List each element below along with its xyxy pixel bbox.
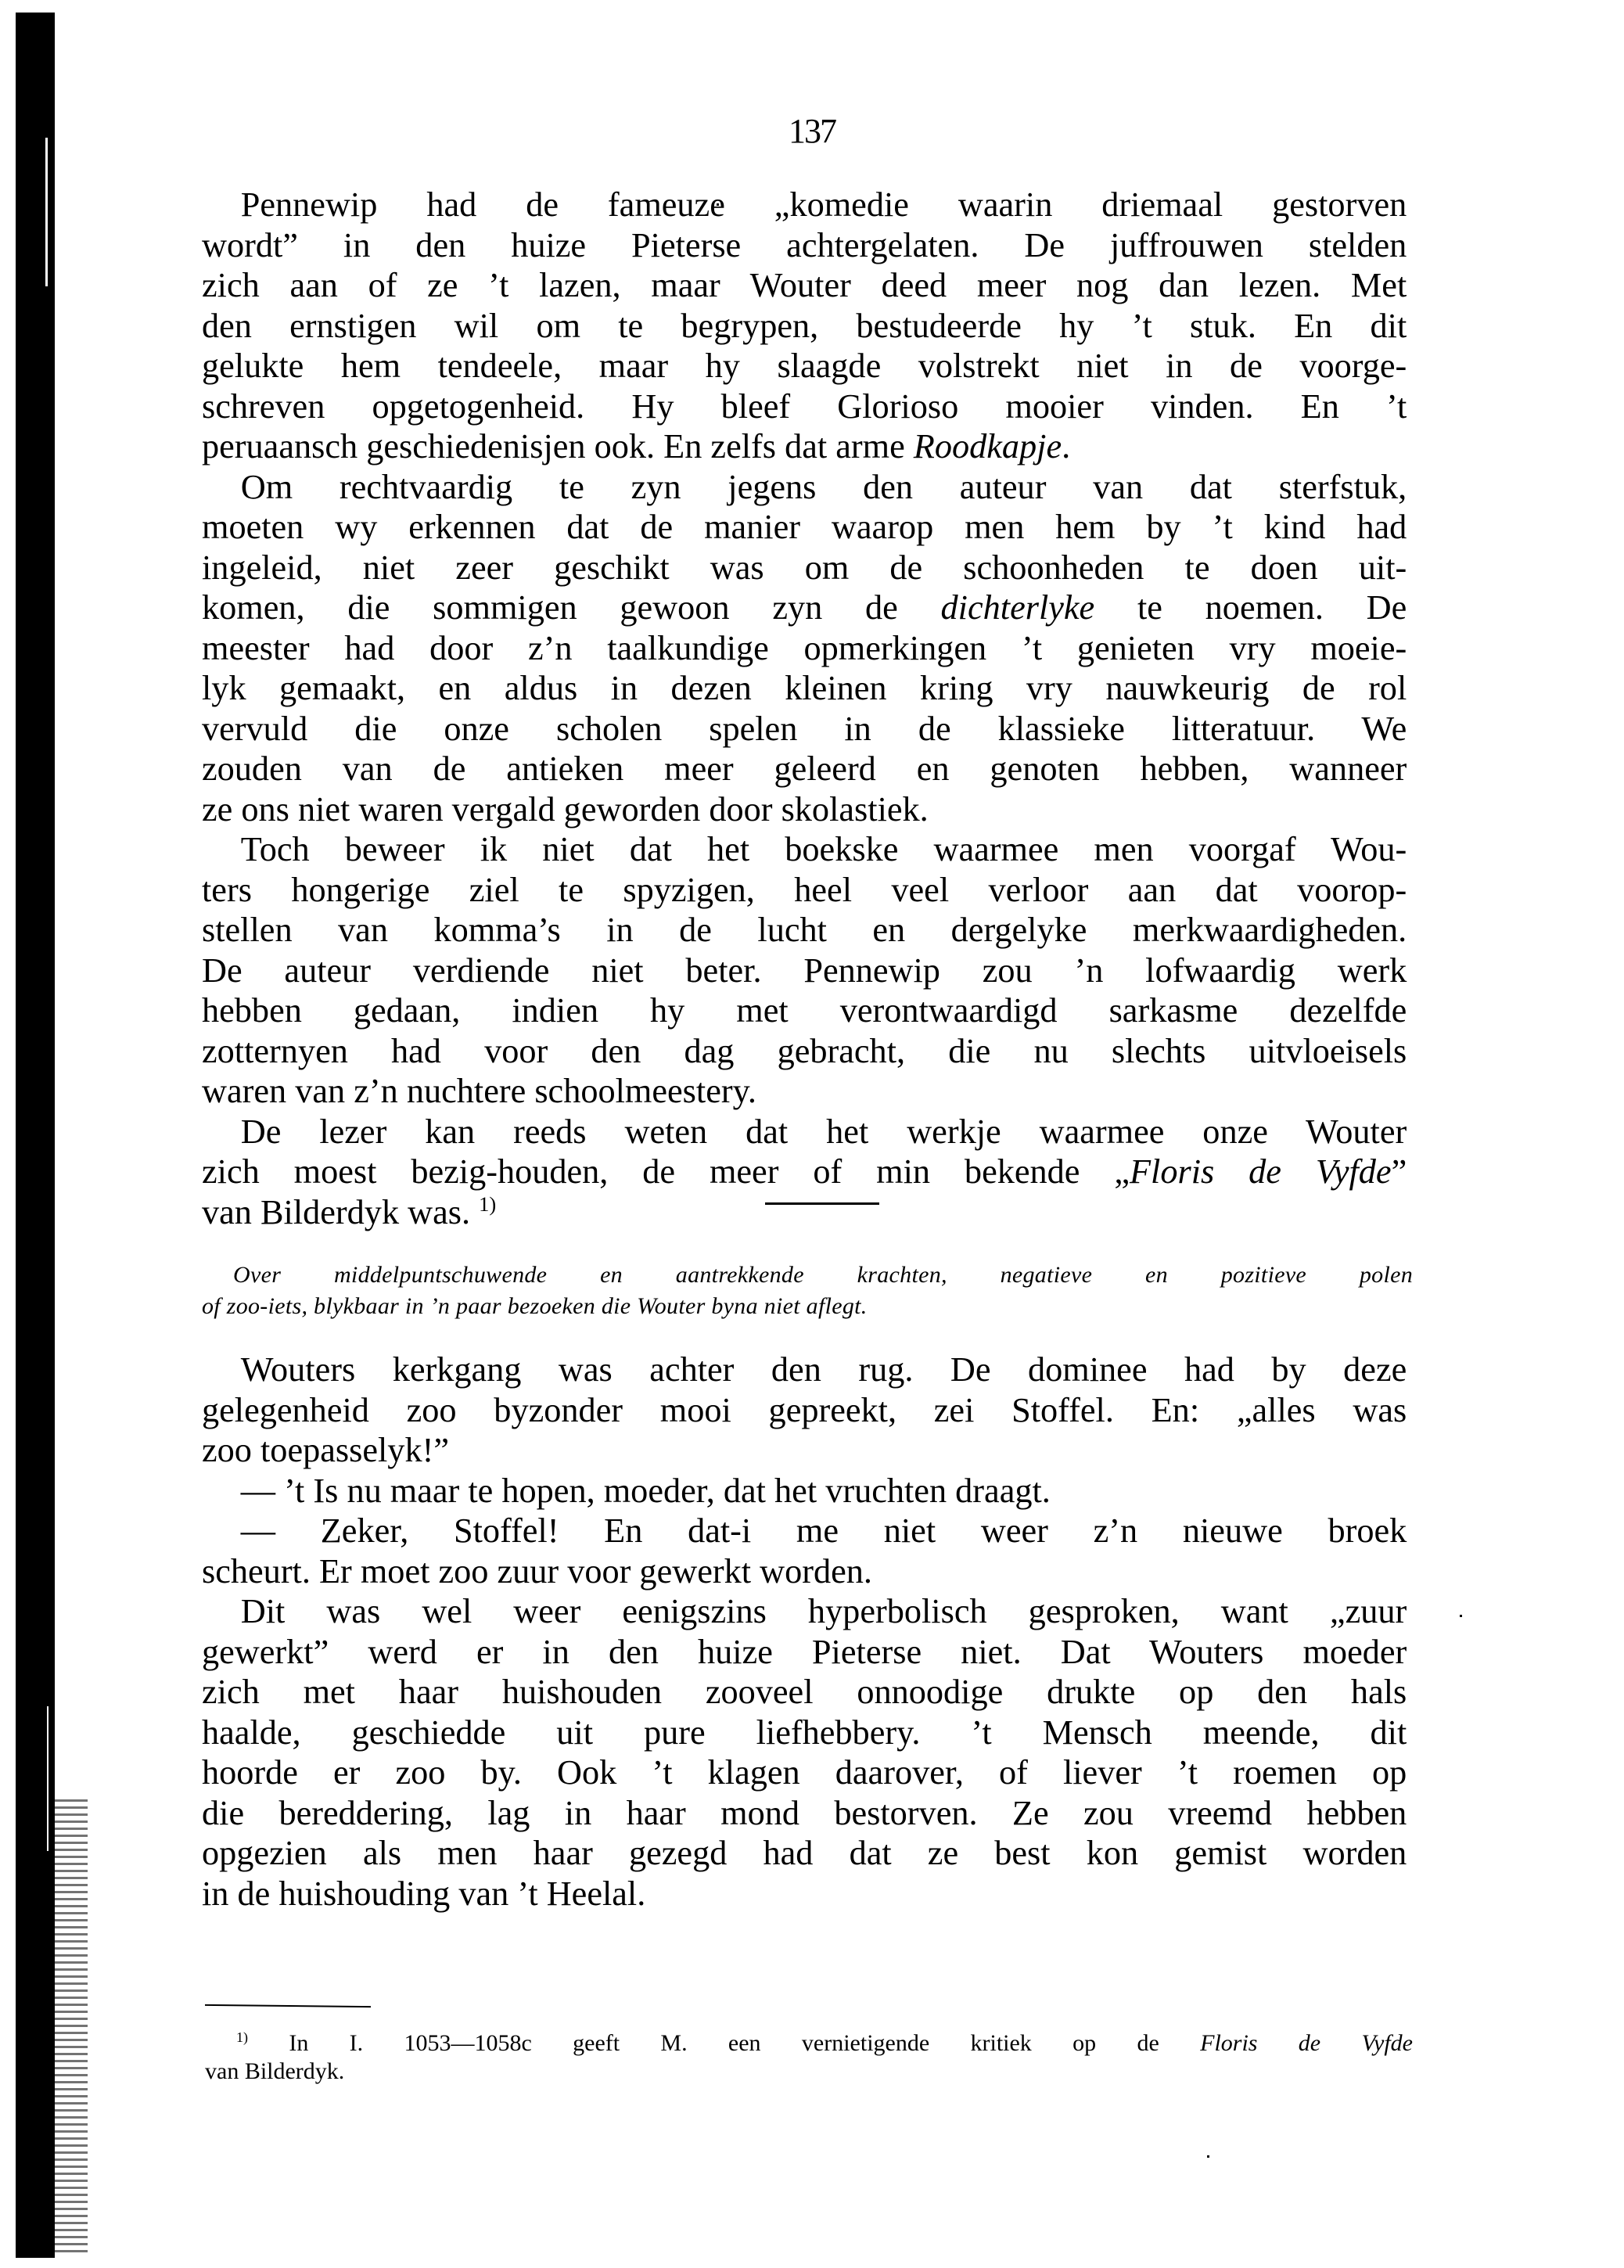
paragraph: De lezer kan reeds weten dat het werkje … bbox=[202, 1112, 1407, 1233]
text-line: hebben gedaan, indien hy met verontwaard… bbox=[202, 990, 1407, 1031]
paragraph: Dit was wel weer eenigszins hyperbolisch… bbox=[202, 1591, 1407, 1914]
footnote-line: van Bilderdyk. bbox=[205, 2058, 1413, 2086]
text-fragment: peruaansch geschiedenisjen ook. En zelfs… bbox=[202, 426, 914, 465]
text-line: zoo toepasselyk!” bbox=[202, 1430, 1407, 1471]
paragraph: Wouters kerkgang was achter den rug. De … bbox=[202, 1350, 1407, 1471]
footnote-separator bbox=[205, 2004, 371, 2007]
text-line: van Bilderdyk was. 1) bbox=[202, 1192, 1407, 1233]
text-fragment: . bbox=[1062, 426, 1070, 465]
italic-word: dichterlyke bbox=[941, 588, 1095, 627]
text-line: in de huishouding van ’t Heelal. bbox=[202, 1874, 1407, 1914]
text-line: wordt” in den huize Pieterse achtergelat… bbox=[202, 225, 1407, 266]
summary-line: Over middelpuntschuwende en aantrekkende… bbox=[202, 1260, 1413, 1291]
text-line: komen, die sommigen gewoon zyn de dichte… bbox=[202, 588, 1407, 628]
text-line: opgezien als men haar gezegd had dat ze … bbox=[202, 1833, 1407, 1874]
binding-shadow bbox=[49, 1799, 88, 2253]
text-line: waren van z’n nuchtere schoolmeestery. bbox=[202, 1071, 1407, 1112]
paragraph: Om rechtvaardig te zyn jegens den auteur… bbox=[202, 467, 1407, 830]
paragraph: Toch beweer ik niet dat het boekske waar… bbox=[202, 829, 1407, 1112]
text-line: scheurt. Er moet zoo zuur voor gewerkt w… bbox=[202, 1551, 1407, 1592]
text-line: ze ons niet waren vergald geworden door … bbox=[202, 789, 1407, 830]
page-number: 137 bbox=[0, 111, 1624, 151]
footnote-marker: 1) bbox=[236, 2029, 248, 2045]
text-line: gewerkt” werd er in den huize Pieterse n… bbox=[202, 1632, 1407, 1673]
text-line: den ernstigen wil om te begrypen, bestud… bbox=[202, 306, 1407, 347]
body-text-top: Pennewip had de fameuze „komedie waarin … bbox=[202, 185, 1407, 1232]
text-line: — Zeker, Stoffel! En dat-i me niet weer … bbox=[202, 1511, 1407, 1551]
text-line: Toch beweer ik niet dat het boekske waar… bbox=[202, 829, 1407, 870]
chapter-summary: Over middelpuntschuwende en aantrekkende… bbox=[202, 1260, 1413, 1322]
text-line: De auteur verdiende niet beter. Pennewip… bbox=[202, 951, 1407, 991]
text-line: die bereddering, lag in haar mond bestor… bbox=[202, 1793, 1407, 1834]
text-line: meester had door z’n taalkundige opmerki… bbox=[202, 628, 1407, 669]
text-line: Dit was wel weer eenigszins hyperbolisch… bbox=[202, 1591, 1407, 1632]
text-line: vervuld die onze scholen spelen in de kl… bbox=[202, 709, 1407, 749]
text-line: Wouters kerkgang was achter den rug. De … bbox=[202, 1350, 1407, 1390]
summary-line: of zoo-iets, blykbaar in ’n paar bezoeke… bbox=[202, 1291, 1413, 1322]
text-line: De lezer kan reeds weten dat het werkje … bbox=[202, 1112, 1407, 1152]
text-line: haalde, geschiedde uit pure liefhebbery.… bbox=[202, 1713, 1407, 1753]
footnote: 1) In I. 1053—1058c geeft M. een verniet… bbox=[205, 2029, 1413, 2086]
text-line: gelegenheid zoo byzonder mooi gepreekt, … bbox=[202, 1390, 1407, 1431]
text-line: zich moest bezig-houden, de meer of min … bbox=[202, 1152, 1407, 1192]
scan-speck bbox=[1460, 1615, 1462, 1617]
italic-title: Floris de Vyfde bbox=[1130, 1152, 1392, 1191]
dialogue-line: — ’t Is nu maar te hopen, moeder, dat he… bbox=[202, 1471, 1407, 1511]
text-line: ingeleid, niet zeer geschikt was om de s… bbox=[202, 548, 1407, 588]
paragraph: Pennewip had de fameuze „komedie waarin … bbox=[202, 185, 1407, 467]
text-line: zich aan of ze ’t lazen, maar Wouter dee… bbox=[202, 265, 1407, 306]
text-line: zotternyen had voor den dag gebracht, di… bbox=[202, 1031, 1407, 1072]
scan-speck bbox=[1207, 2155, 1209, 2158]
text-line: moeten wy erkennen dat de manier waarop … bbox=[202, 507, 1407, 548]
text-fragment: te noemen. De bbox=[1094, 588, 1407, 627]
scan-speck bbox=[717, 203, 719, 206]
italic-title: Roodkapje bbox=[914, 426, 1062, 465]
text-line: Pennewip had de fameuze „komedie waarin … bbox=[202, 185, 1407, 225]
dialogue-line: — Zeker, Stoffel! En dat-i me niet weer … bbox=[202, 1511, 1407, 1591]
text-line: ters hongerige ziel te spyzigen, heel ve… bbox=[202, 870, 1407, 911]
text-line: zouden van de antieken meer geleerd en g… bbox=[202, 749, 1407, 789]
section-divider bbox=[765, 1202, 879, 1205]
footnote-line: 1) In I. 1053—1058c geeft M. een verniet… bbox=[205, 2029, 1413, 2058]
text-fragment: ” bbox=[1392, 1152, 1407, 1191]
text-fragment: In I. 1053—1058c geeft M. een vernietige… bbox=[248, 2030, 1200, 2056]
body-text-bottom: Wouters kerkgang was achter den rug. De … bbox=[202, 1350, 1407, 1914]
text-line: stellen van komma’s in de lucht en derge… bbox=[202, 910, 1407, 951]
text-line: schreven opgetogenheid. Hy bleef Glorios… bbox=[202, 386, 1407, 427]
text-line: Om rechtvaardig te zyn jegens den auteur… bbox=[202, 467, 1407, 508]
text-line: — ’t Is nu maar te hopen, moeder, dat he… bbox=[202, 1471, 1407, 1511]
text-line: lyk gemaakt, en aldus in dezen kleinen k… bbox=[202, 668, 1407, 709]
text-fragment: komen, die sommigen gewoon zyn de bbox=[202, 588, 941, 627]
text-line: zich met haar huishouden zooveel onnoodi… bbox=[202, 1672, 1407, 1713]
text-line: peruaansch geschiedenisjen ook. En zelfs… bbox=[202, 426, 1407, 467]
text-fragment: zich moest bezig-houden, de meer of min … bbox=[202, 1152, 1130, 1191]
text-line: gelukte hem tendeele, maar hy slaagde vo… bbox=[202, 346, 1407, 386]
italic-title: Floris de Vyfde bbox=[1200, 2030, 1413, 2056]
text-line: hoorde er zoo by. Ook ’t klagen daarover… bbox=[202, 1752, 1407, 1793]
footnote-reference[interactable]: 1) bbox=[479, 1192, 496, 1215]
text-fragment: van Bilderdyk was. bbox=[202, 1192, 470, 1231]
